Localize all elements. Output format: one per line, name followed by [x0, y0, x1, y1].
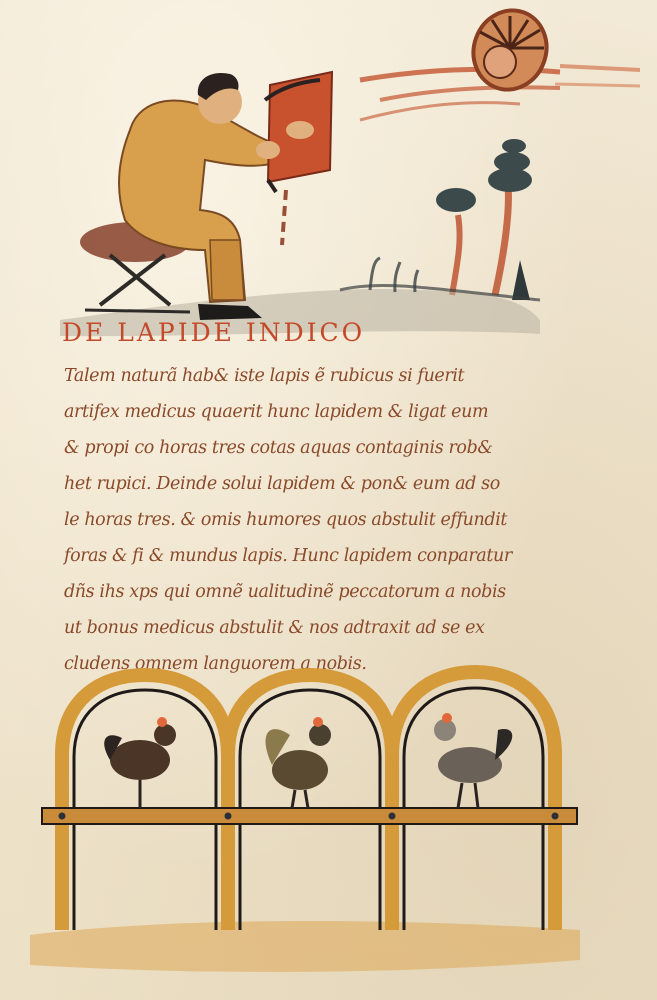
text-line: & propi co horas tres cotas aquas contag…	[64, 430, 564, 466]
top-illustration	[0, 0, 657, 345]
text-line: foras & fi & mundus lapis. Hunc lapidem …	[64, 538, 564, 574]
perch	[42, 808, 577, 824]
rooster-icon	[266, 717, 331, 808]
rooster-icon	[434, 713, 512, 808]
manuscript-text: Talem naturã hab& iste lapis ẽ rubicus s…	[64, 358, 564, 682]
arches	[62, 672, 555, 930]
text-line: le horas tres. & omis humores quos abstu…	[64, 502, 564, 538]
sun-icon	[360, 0, 640, 120]
rubric-heading: DE LAPIDE INDICO	[62, 318, 365, 347]
text-line: dñs ihs xps qui omnẽ ualitudinẽ peccator…	[64, 574, 564, 610]
text-line: het rupici. Deinde solui lapidem & pon& …	[64, 466, 564, 502]
text-line: artifex medicus quaerit hunc lapidem & l…	[64, 394, 564, 430]
text-line: ut bonus medicus abstulit & nos adtraxit…	[64, 610, 564, 646]
trees	[436, 139, 532, 300]
bottom-illustration	[0, 660, 657, 1000]
manuscript-page: DE LAPIDE INDICO Talem naturã hab& iste …	[0, 0, 657, 1000]
rooster-icon	[104, 717, 176, 808]
text-line: Talem naturã hab& iste lapis ẽ rubicus s…	[64, 358, 564, 394]
red-stone-icon	[256, 72, 332, 245]
